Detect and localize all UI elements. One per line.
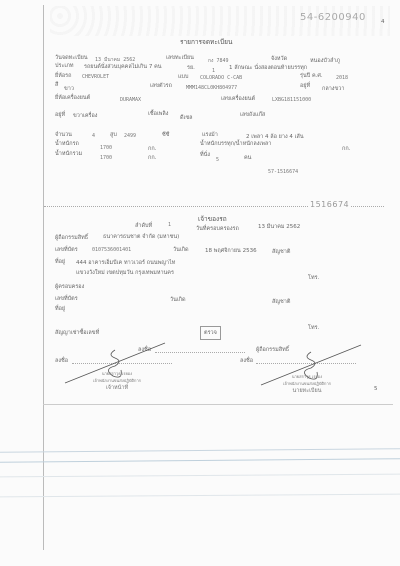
page-mark: 4 <box>381 19 385 25</box>
possession-date-label: วันที่ครอบครองรถ <box>196 225 239 233</box>
order-label: ลำดับที่ <box>135 222 152 230</box>
possession-date: 13 มีนาคม 2562 <box>258 223 300 231</box>
gross-weight-label: น้ำหนักรวม <box>55 150 82 158</box>
category-label: รย. <box>187 64 195 72</box>
rights-holder-label: ผู้ถือกรรมสิทธิ์ <box>55 234 88 242</box>
fuel: ดีเซล <box>180 114 193 122</box>
engine-location-label: อยู่ที่ <box>55 111 65 119</box>
weight-unit: กก. <box>148 145 156 153</box>
officer-title-right: เจ้าพนักงานขนส่งปฏิบัติการ <box>262 380 352 387</box>
seats-label: ที่นั่ง <box>200 151 210 159</box>
fuel-label: เชื้อเพลิง <box>148 110 168 118</box>
type-label: ประเภท <box>55 62 74 70</box>
engine-brand: DURAMAX <box>120 97 141 103</box>
divider-serial: 1516674 <box>308 200 351 209</box>
possessor-id-label: เลขที่บัตร <box>55 295 78 303</box>
weight-label: น้ำหนักรถ <box>55 140 79 148</box>
vehicle-style: 1 ลักษณะ นั่งสองตอนท้ายบรรทุก <box>229 64 307 72</box>
document-title: รายการจดทะเบียน <box>180 37 232 47</box>
handwritten-reference: 54-6200940 <box>300 12 366 23</box>
hire-contract-stamp: ตรวจ <box>200 326 221 340</box>
chassis-location-label: อยู่ที่ <box>300 82 310 90</box>
id-label: เลขที่บัตร <box>55 246 78 254</box>
page-number: 5 <box>374 386 378 392</box>
hire-contract-label: สัญญาเช่าซื้อเลขที่ <box>55 329 99 337</box>
owner-section-title: เจ้าของรถ <box>198 214 227 224</box>
possessor-phone-label: โทร. <box>308 324 319 332</box>
chassis-number: MMM148CL0KH804977 <box>186 85 237 91</box>
possessor-address-label: ที่อยู่ <box>55 305 65 313</box>
possessor-label: ผู้ครอบครอง <box>55 283 84 291</box>
officer-role-right: นายทะเบียน <box>262 387 352 395</box>
officer-role-left: เจ้าหน้าที่ <box>72 384 162 392</box>
province-label: จังหวัด <box>271 55 287 63</box>
possessor-dob-label: วันเกิด <box>170 296 186 304</box>
address-line-2: แขวงวังใหม่ เขตปทุมวัน กรุงเทพมหานคร <box>76 269 174 277</box>
scan-artifact-line <box>0 458 400 462</box>
sign-label-3: ลงชื่อ <box>240 357 253 365</box>
color: ขาว <box>64 85 74 93</box>
brand-label: ยี่ห้อรถ <box>55 72 71 80</box>
load-unit: กก. <box>342 145 350 153</box>
hp-label: แรงม้า <box>202 131 218 139</box>
officer-left: นายสราวุธ เรยอง เจ้าพนักงานขนส่งปฏิบัติก… <box>72 370 162 392</box>
nationality-label: สัญชาติ <box>272 248 290 256</box>
engine-location: ขวาเครื่อง <box>73 112 97 120</box>
model: COLORADO C-CAB <box>200 75 242 81</box>
seats: 5 <box>216 157 219 163</box>
engine-cc: 2499 <box>124 133 136 139</box>
gross-weight-unit: กก. <box>148 154 156 162</box>
order: 1 <box>168 222 171 228</box>
province: หนองบัวลำภู <box>310 57 340 65</box>
dob: 18 พฤศจิกายน 2536 <box>205 247 257 255</box>
rights-holder: ธนาคารธนชาต จำกัด (มหาชน) <box>103 233 179 241</box>
reg-date-label: วันจดทะเบียน <box>55 54 88 62</box>
vehicle-type: รถยนต์นั่งส่วนบุคคลไม่เกิน 7 คน <box>84 63 162 71</box>
engine-number-label: เลขเครื่องยนต์ <box>221 95 255 103</box>
category: 1 <box>212 68 215 74</box>
phone-label: โทร. <box>308 274 319 282</box>
officer-right: นายสราวุธ เรยอง เจ้าพนักงานขนส่งปฏิบัติก… <box>262 373 352 395</box>
id-number: 0107536001401 <box>92 247 131 253</box>
scan-artifact-line <box>0 448 400 452</box>
officer-title-left: เจ้าพนักงานขนส่งปฏิบัติการ <box>72 377 162 384</box>
color-label: สี <box>55 81 58 89</box>
plate-label: เลขทะเบียน <box>166 54 194 62</box>
gas-tank-label: เลขถังแก๊ส <box>240 111 265 119</box>
cylinders-label: จำนวน <box>55 131 72 139</box>
officer-name-left: นายสราวุธ เรยอง <box>72 370 162 377</box>
cc-label: สูบ <box>110 131 117 139</box>
document-number: 57-1516674 <box>268 169 298 175</box>
margin-line <box>43 5 44 550</box>
engine-number: LXBG181151000 <box>272 97 311 103</box>
registration-document: 54-6200940 4 รายการจดทะเบียน วันจดทะเบีย… <box>0 0 400 566</box>
load-label: น้ำหนักบรรทุก/น้ำหนักลงเพลา <box>200 140 271 148</box>
dob-label: วันเกิด <box>173 246 189 254</box>
seats-unit: คน <box>244 154 251 162</box>
model-year: 2018 <box>336 75 348 81</box>
weight: 1700 <box>100 145 112 151</box>
address-line-1: 444 อาคารเอ็มบีเค ทาวเวอร์ ถนนพญาไท <box>76 259 175 267</box>
chassis-location: กลางขวา <box>322 85 344 93</box>
cc-unit: ซีซี <box>162 131 169 139</box>
model-label: แบบ <box>178 73 189 81</box>
address-label: ที่อยู่ <box>55 258 65 266</box>
year-label: รุ่นปี ค.ศ. <box>300 72 323 80</box>
scan-artifact-line <box>0 474 400 478</box>
engine-brand-label: ยี่ห้อเครื่องยนต์ <box>55 94 90 102</box>
scan-artifact-line <box>0 494 400 498</box>
chassis-label: เลขตัวรถ <box>150 82 172 90</box>
gross-weight: 1700 <box>100 155 112 161</box>
cylinders: 4 <box>92 133 95 139</box>
page-edge-line <box>43 404 393 405</box>
brand: CHEVROLET <box>82 74 109 80</box>
possessor-nationality-label: สัญชาติ <box>272 298 290 306</box>
officer-name-right: นายสราวุธ เรยอง <box>262 373 352 380</box>
plate: กง 7849 <box>208 57 229 65</box>
